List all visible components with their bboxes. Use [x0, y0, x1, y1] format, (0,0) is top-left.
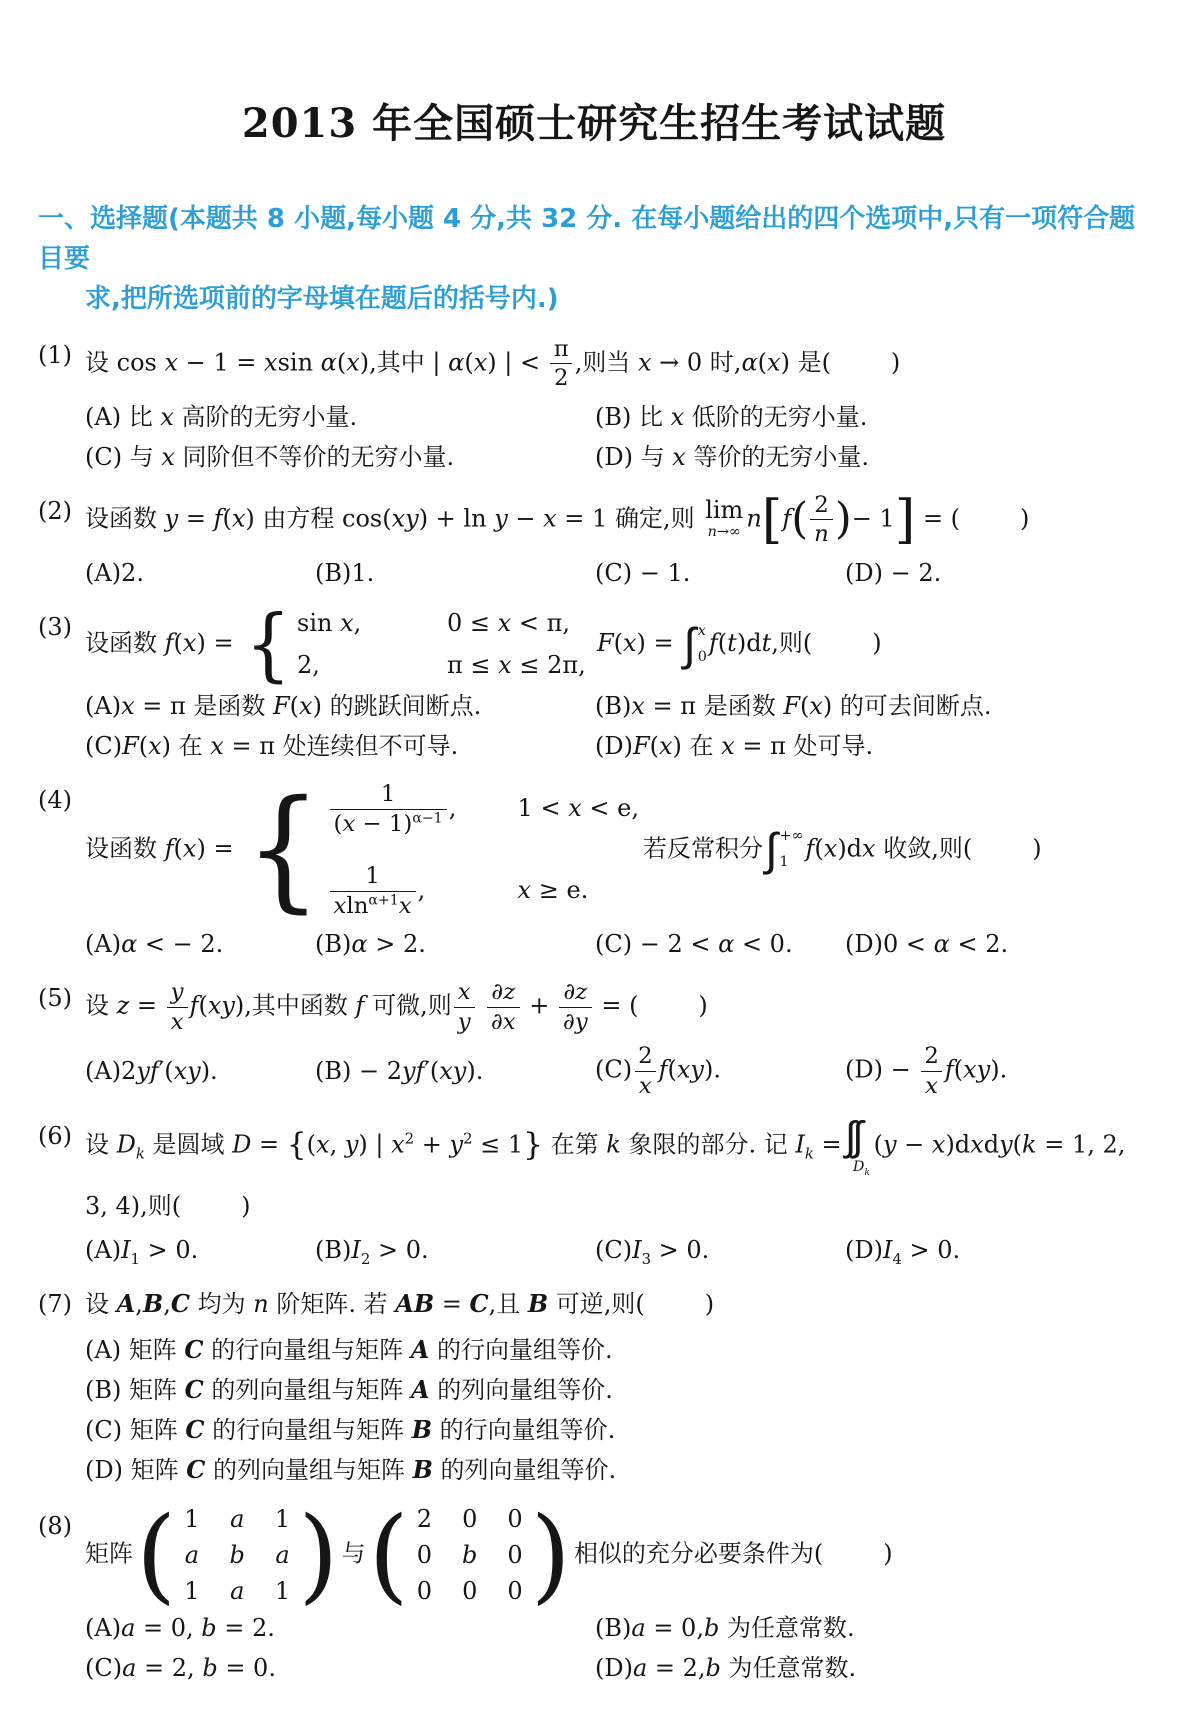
text: = 0. [218, 1654, 276, 1682]
subscript: k [864, 1168, 869, 1178]
text: →∞ [717, 524, 741, 540]
math-var: x [721, 732, 735, 760]
question-stem-line: (4)设函数 f(x) = {1(x − 1)α−1,1 < x < e,1xl… [38, 780, 1150, 920]
text: − 1 = [178, 348, 264, 376]
text: 0 [417, 1541, 432, 1569]
text: (B) 比 [595, 403, 671, 431]
superscript: α+1 [368, 892, 398, 908]
text: 设 cos [85, 348, 164, 376]
math-var: y [450, 1131, 464, 1159]
denominator: n [810, 519, 833, 548]
math-var: f [659, 1056, 668, 1084]
big-delimiter: ( [791, 498, 808, 541]
option-C: (C)2xf(xy). [595, 1042, 845, 1100]
math-var: x [183, 629, 197, 657]
fraction: 1(x − 1)α−1 [330, 780, 447, 838]
math-var: α [321, 348, 337, 376]
question-stem: 设 Dk 是圆域 D = {(x, y) | x2 + y2 ≤ 1} 在第 k… [85, 1116, 1150, 1176]
math-var: y [345, 1131, 359, 1159]
math-var: x [623, 629, 637, 657]
text: 4 [892, 1250, 901, 1268]
matrix-cell: 1 [184, 1507, 199, 1531]
math-bold-var: B [413, 1455, 433, 1484]
piecewise-expr: sin x, [297, 607, 447, 641]
text: 的行向量组等价. [432, 1416, 615, 1444]
text: ) = [196, 629, 241, 657]
text: ) | < [487, 348, 547, 376]
text: ( [222, 504, 231, 532]
left-brace: { [245, 611, 291, 678]
numerator: x [454, 978, 475, 1006]
math-var: n [746, 504, 761, 532]
text: ( [650, 732, 659, 760]
text: , [449, 792, 457, 826]
denominator: (x − 1)α−1 [330, 809, 447, 838]
text: , [330, 1131, 345, 1159]
text: 与 [341, 1540, 365, 1568]
text: ( [800, 692, 809, 720]
math-var: D [117, 1131, 136, 1159]
math-var: y [458, 1009, 471, 1035]
integral-limits: +∞1 [777, 829, 803, 871]
math-bold-var: C [185, 1415, 204, 1444]
text: = 2. [217, 1614, 275, 1642]
matrix-cell: 2 [417, 1507, 432, 1531]
piecewise: {sin x,0 ≤ x < π,2,π ≤ x ≤ 2π, [245, 607, 586, 682]
text: = ( ) [594, 992, 708, 1020]
text: 高阶的无穷小量. [174, 403, 357, 431]
math-var: x [862, 835, 876, 863]
text: 0 [462, 1505, 477, 1533]
math-var: x [925, 1073, 938, 1099]
math-var: f [165, 835, 174, 863]
text: (B) 矩阵 [85, 1376, 185, 1404]
piecewise-row: 1(x − 1)α−1,1 < x < e, [328, 780, 639, 838]
text: 1 [184, 1577, 199, 1605]
text: ) 在 [673, 732, 722, 760]
math-var: x [639, 1073, 652, 1099]
math-var: k [864, 1168, 869, 1178]
math-var: x [543, 504, 557, 532]
text: ( [1013, 1131, 1022, 1159]
math-bold-var: B [412, 1415, 432, 1444]
text: < 2. [950, 930, 1008, 958]
question-stem: 设 cos x − 1 = xsin α(x),其中 | α(x) | < π2… [85, 335, 1150, 393]
text: 1 [381, 781, 396, 807]
math-var: xy [677, 1056, 704, 1084]
matrix-cell: a [230, 1507, 245, 1531]
text: (D) [845, 1236, 883, 1264]
text: 阶矩阵. 若 [269, 1290, 396, 1318]
math-bold-var: A [411, 1335, 430, 1364]
math-var: α [741, 348, 757, 376]
text: sin [297, 607, 340, 641]
subscript: k [136, 1144, 145, 1162]
text: > 0. [140, 1236, 198, 1264]
question-stem: 设函数 f(x) = {1(x − 1)α−1,1 < x < e,1xlnα+… [85, 780, 1150, 920]
denominator: x [921, 1071, 942, 1100]
piecewise-expr: 1xlnα+1x, [328, 862, 518, 920]
numerator: 2 [634, 1042, 657, 1070]
matrix-cell: 0 [462, 1507, 477, 1531]
question-number: (7) [38, 1284, 85, 1324]
text: 0 [507, 1577, 522, 1605]
denominator: x [167, 1007, 188, 1036]
integral-limits: x0 [696, 624, 707, 666]
option-D: (D) − 2. [845, 555, 1150, 591]
question-2: (2)设函数 y = f(x) 由方程 cos(xy) + ln y − x =… [38, 491, 1150, 591]
piecewise-expr: 2, [297, 649, 447, 683]
text: 2 [924, 1043, 939, 1069]
text: 0 [507, 1541, 522, 1569]
text: ). [990, 1056, 1007, 1084]
text: ( [758, 348, 767, 376]
fraction: ∂z∂x [487, 978, 520, 1036]
text: α+1 [368, 892, 398, 908]
math-var: f [782, 504, 791, 532]
math-var: F [122, 732, 139, 760]
text: ( [139, 732, 148, 760]
text: 2 [463, 1130, 472, 1148]
denominator: ∂x [487, 1007, 520, 1036]
matrix-cell: a [275, 1543, 290, 1567]
text: ),其中 | [360, 348, 448, 376]
text: π [554, 336, 569, 362]
math-var: x [264, 348, 278, 376]
text: > 0. [370, 1236, 428, 1264]
math-var: I [795, 1131, 804, 1159]
math-bold-var: C [185, 1375, 204, 1404]
math-var: z [575, 979, 587, 1005]
math-var: xy [174, 1057, 201, 1085]
text: = 1 确定,则 [557, 504, 703, 532]
question-stem-continuation: 3, 4),则( ) [38, 1186, 1150, 1226]
text: (D) − 2. [845, 559, 941, 587]
math-var: a [185, 1541, 199, 1569]
text: (C) − 1. [595, 559, 690, 587]
options: (A) 矩阵 C 的行向量组与矩阵 A 的行向量组等价.(B) 矩阵 C 的列向… [85, 1330, 1150, 1490]
matrix-cells: 2000b0000 [409, 1507, 531, 1603]
superscript: 2 [463, 1130, 472, 1148]
options: (A) 比 x 高阶的无穷小量.(B) 比 x 低阶的无穷小量.(C) 与 x … [85, 399, 1150, 475]
math-var: x [503, 1009, 516, 1035]
option-C: (C) 与 x 同阶但不等价的无穷小量. [85, 439, 595, 475]
math-var: yf [136, 1057, 158, 1085]
option-D: (D) − 2xf(xy). [845, 1042, 1150, 1100]
text: 设函数 [85, 835, 165, 863]
subscript: k [805, 1144, 814, 1162]
stack-top: ∫∫ [852, 1116, 870, 1157]
math-var: I [632, 1236, 641, 1264]
integral: ∫x0 [683, 622, 707, 668]
text: = 1, 2, [1037, 1131, 1126, 1159]
options: (A)α < − 2.(B)α > 2.(C) − 2 < α < 0.(D)0… [85, 926, 1150, 962]
text: 为任意常数. [719, 1614, 854, 1642]
big-delimiter: { [287, 1130, 307, 1161]
text: 均为 [190, 1290, 253, 1318]
option-B: (B)I2 > 0. [315, 1232, 595, 1268]
math-var: f [945, 1056, 954, 1084]
text: (C) [85, 1654, 122, 1682]
text: 相似的充分必要条件为( ) [574, 1540, 893, 1568]
numerator: ∂z [487, 978, 519, 1006]
math-var: a [121, 1614, 135, 1642]
math-var: y [171, 979, 184, 1005]
text: (D) − [845, 1056, 918, 1084]
lower-limit: 0 [698, 650, 707, 666]
math-var: I [351, 1236, 360, 1264]
text: = π 处可导. [735, 732, 873, 760]
math-var: x [334, 893, 347, 919]
text: 若反常积分 [643, 835, 763, 863]
text: (A) [85, 692, 121, 720]
math-var: xy [392, 504, 419, 532]
left-brace: { [245, 794, 321, 906]
options: (A)x = π 是函数 F(x) 的跳跃间断点.(B)x = π 是函数 F(… [85, 688, 1150, 764]
subscript: 4 [892, 1250, 901, 1268]
superscript: 2 [405, 1130, 414, 1148]
text: 的列向量组与矩阵 [205, 1456, 412, 1484]
question-8: (8)矩阵(1a1aba1a1)与(2000b0000)相似的充分必要条件为( … [38, 1506, 1150, 1686]
math-var: x [672, 443, 686, 471]
text: 可微,则 [364, 992, 451, 1020]
text: (D) [595, 732, 633, 760]
question-stem-line: (5)设 z = yxf(xy),其中函数 f 可微,则xy∂z∂x + ∂z∂… [38, 978, 1150, 1036]
math-var: x [342, 811, 355, 837]
text: = ( ) [915, 504, 1029, 532]
stack: ∫∫Dk [852, 1116, 870, 1176]
math-var: x [809, 692, 823, 720]
text: 设函数 [85, 504, 165, 532]
matrix-cell: 0 [417, 1543, 432, 1567]
numerator: 2 [810, 491, 833, 519]
text: 低阶的无穷小量. [684, 403, 867, 431]
math-var: x [568, 792, 582, 826]
text: 2 [361, 1250, 370, 1268]
upper-limit: +∞ [779, 829, 803, 845]
numerator: y [167, 978, 188, 1006]
text: > 0. [651, 1236, 709, 1264]
text: ≤ 2π, [512, 649, 586, 683]
math-var: D [853, 1159, 865, 1175]
piecewise-rows: sin x,0 ≤ x < π,2,π ≤ x ≤ 2π, [297, 607, 586, 682]
text: (D)0 < [845, 930, 934, 958]
text: (D) 与 [595, 443, 672, 471]
math-var: y [494, 504, 508, 532]
question-number: (3) [38, 607, 85, 647]
text: +∞ [779, 828, 803, 844]
math-var: z [503, 979, 515, 1005]
math-var: y [575, 1009, 588, 1035]
question-number: (1) [38, 335, 85, 375]
math-var: n [814, 521, 829, 547]
text: = 0, [135, 1614, 201, 1642]
math-var: x [232, 504, 246, 532]
text: 等价的无穷小量. [686, 443, 869, 471]
text: ) = [637, 629, 682, 657]
piecewise: {1(x − 1)α−1,1 < x < e,1xlnα+1x,x ≥ e. [245, 780, 639, 920]
matrix-cell: a [230, 1579, 245, 1603]
piecewise-cond: 0 ≤ x < π, [447, 607, 570, 641]
stack: limn→∞ [705, 498, 743, 541]
text: (B) [595, 1614, 631, 1642]
math-bold-var: A [411, 1375, 430, 1404]
math-var: x [340, 607, 354, 641]
math-bold-var: C [184, 1335, 203, 1364]
text: ( [954, 1056, 963, 1084]
math-bold-var: B [143, 1289, 163, 1318]
text: 象限的部分. 记 [621, 1131, 796, 1159]
math-var: x [824, 835, 838, 863]
matrix-cell: 0 [462, 1579, 477, 1603]
option-A: (A)I1 > 0. [85, 1232, 315, 1268]
option-B: (B)α > 2. [315, 926, 595, 962]
text: 的列向量组与矩阵 [204, 1376, 411, 1404]
text: (A) 矩阵 [85, 1336, 184, 1364]
matrix-cell: 1 [184, 1579, 199, 1603]
math-var: F [633, 732, 650, 760]
option-C: (C) − 1. [595, 555, 845, 591]
fraction: xy [454, 978, 475, 1036]
text: ) + ln [419, 504, 495, 532]
text: = 0, [646, 1614, 704, 1642]
math-var: n [708, 524, 717, 540]
math-var: α [448, 348, 464, 376]
math-var: a [230, 1505, 244, 1533]
text: ( [668, 1056, 677, 1084]
option-B: (B)a = 0,b 为任意常数. [595, 1610, 1150, 1646]
denominator: xlnα+1x [330, 891, 416, 920]
text: 的行向量组与矩阵 [204, 1416, 411, 1444]
text: π ≤ [447, 649, 498, 683]
big-delimiter: ] [895, 494, 916, 547]
stack-bottom: Dk [853, 1159, 870, 1176]
fraction: ∂z∂y [559, 978, 592, 1036]
question-stem-line: (7)设 A,B,C 均为 n 阶矩阵. 若 AB = C,且 B 可逆,则( … [38, 1284, 1150, 1324]
question-stem: 设函数 f(x) = {sin x,0 ≤ x < π,2,π ≤ x ≤ 2π… [85, 607, 1150, 682]
text: (B) [315, 1236, 351, 1264]
math-var: x [458, 979, 471, 1005]
fraction: yx [167, 978, 188, 1036]
text: 1 [275, 1577, 290, 1605]
option-D: (D)I4 > 0. [845, 1232, 1150, 1268]
text: ′( [424, 1057, 439, 1085]
text: 的列向量组等价. [433, 1456, 616, 1484]
option-C: (C)F(x) 在 x = π 处连续但不可导. [85, 728, 595, 764]
math-bold-var: B [528, 1289, 548, 1318]
math-var: xy [963, 1056, 990, 1084]
math-var: x [638, 348, 652, 376]
piecewise-cond: x ≥ e. [518, 874, 589, 908]
math-var: b [704, 1614, 719, 1642]
text: ). [466, 1057, 483, 1085]
text: + [414, 1131, 449, 1159]
math-var: b [201, 1614, 216, 1642]
text: ∂ [563, 979, 575, 1005]
options: (A)2.(B)1.(C) − 1.(D) − 2. [85, 555, 1150, 591]
matrix-cells: 1a1aba1a1 [176, 1507, 298, 1603]
question-number: (6) [38, 1116, 85, 1156]
question-number: (2) [38, 491, 85, 531]
text: ln [346, 893, 368, 919]
text: < e, [582, 792, 639, 826]
text: sin [278, 348, 321, 376]
section-heading: 一、选择题(本题共 8 小题,每小题 4 分,共 32 分. 在每小题给出的四个… [38, 199, 1150, 319]
text: ) | [358, 1131, 391, 1159]
subscript: 3 [642, 1250, 651, 1268]
math-var: F [783, 692, 800, 720]
option-C: (C)a = 2, b = 0. [85, 1650, 595, 1686]
math-var: b [706, 1654, 721, 1682]
math-var: t [727, 629, 737, 657]
math-var: x [161, 443, 175, 471]
options: (A)a = 0, b = 2.(B)a = 0,b 为任意常数.(C)a = … [85, 1610, 1150, 1686]
option-A: (A)x = π 是函数 F(x) 的跳跃间断点. [85, 688, 595, 724]
math-var: n [253, 1290, 268, 1318]
math-bold-var: C [186, 1455, 205, 1484]
text: ( [174, 835, 183, 863]
math-var: x [498, 649, 512, 683]
math-var: I [121, 1236, 130, 1264]
text: ,则( ) [771, 629, 881, 657]
text: (D) 矩阵 [85, 1456, 186, 1484]
math-var: F [273, 692, 290, 720]
question-stem: 设函数 y = f(x) 由方程 cos(xy) + ln y − x = 1 … [85, 491, 1150, 549]
text: = 2, [647, 1654, 705, 1682]
piecewise-cond: 1 < x < e, [518, 792, 639, 826]
piecewise-row: 1xlnα+1x,x ≥ e. [328, 862, 639, 920]
matrix-cell: 0 [507, 1543, 522, 1567]
text: ( [337, 348, 346, 376]
question-stem-line: (6)设 Dk 是圆域 D = {(x, y) | x2 + y2 ≤ 1} 在… [38, 1116, 1150, 1176]
text: 3 [642, 1250, 651, 1268]
text: ( [614, 629, 623, 657]
option-D: (D)0 < α < 2. [845, 926, 1150, 962]
question-5: (5)设 z = yxf(xy),其中函数 f 可微,则xy∂z∂x + ∂z∂… [38, 978, 1150, 1100]
text: − [508, 504, 543, 532]
math-var: b [462, 1541, 477, 1569]
text: 设 [85, 992, 117, 1020]
piecewise-expr: 1(x − 1)α−1, [328, 780, 518, 838]
subscript: 2 [361, 1250, 370, 1268]
text: (A) [85, 1614, 121, 1642]
option-A: (A)α < − 2. [85, 926, 315, 962]
math-var: x [316, 1131, 330, 1159]
text: ),其中函数 [235, 992, 356, 1020]
text: 可逆,则( ) [548, 1290, 714, 1318]
text: 0 [417, 1577, 432, 1605]
text: (A)2. [85, 559, 144, 587]
denominator: x [635, 1071, 656, 1100]
math-var: x [160, 403, 174, 431]
text: ,且 [489, 1290, 528, 1318]
question-stem-line: (1)设 cos x − 1 = xsin α(x),其中 | α(x) | <… [38, 335, 1150, 393]
numerator: ∂z [559, 978, 591, 1006]
math-var: x [210, 732, 224, 760]
math-var: x [498, 607, 512, 641]
exam-page: 2013 年全国硕士研究生招生考试试题 一、选择题(本题共 8 小题,每小题 4… [0, 0, 1190, 1726]
matrix-cell: b [230, 1543, 245, 1567]
text: ) = [196, 835, 241, 863]
math-var: α [934, 930, 950, 958]
denominator: ∂y [559, 1007, 592, 1036]
text: ,则当 [575, 348, 638, 376]
question-stem: 设 A,B,C 均为 n 阶矩阵. 若 AB = C,且 B 可逆,则( ) [85, 1284, 1150, 1324]
question-3: (3)设函数 f(x) = {sin x,0 ≤ x < π,2,π ≤ x ≤… [38, 607, 1150, 764]
text: , [163, 1290, 171, 1318]
text: 在第 [543, 1131, 606, 1159]
question-number: (8) [38, 1506, 85, 1546]
